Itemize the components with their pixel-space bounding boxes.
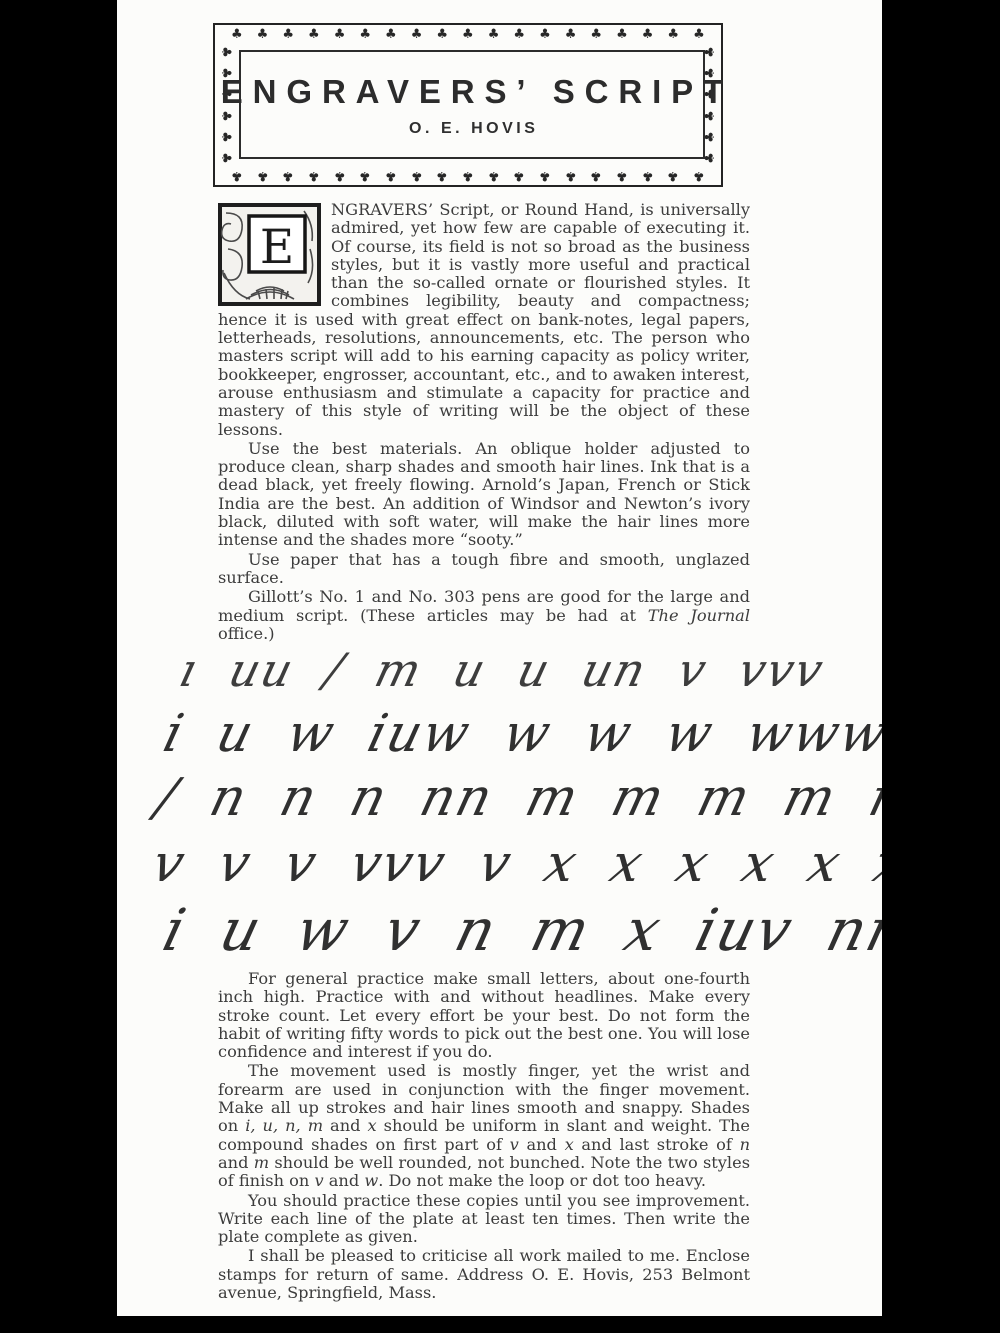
trefoil-icon: ♣ xyxy=(513,28,525,42)
trefoil-icon: ♣ xyxy=(218,150,232,166)
paragraph-repetition: You should practice these copies until y… xyxy=(218,1192,750,1247)
trefoil-icon: ♣ xyxy=(359,168,371,182)
article-lower: For general practice make small letters,… xyxy=(218,970,750,1302)
paragraph-general-practice: For general practice make small letters,… xyxy=(218,970,750,1061)
paragraph-address: I shall be pleased to criticise all work… xyxy=(218,1247,750,1302)
paragraph-paper: Use paper that has a tough fibre and smo… xyxy=(218,551,750,588)
trefoil-icon: ♣ xyxy=(231,168,243,182)
drop-cap-letter: E xyxy=(260,220,294,275)
trefoil-icon: ♣ xyxy=(231,28,243,42)
trefoil-icon: ♣ xyxy=(704,129,718,145)
trefoil-icon: ♣ xyxy=(693,28,705,42)
trefoil-icon: ♣ xyxy=(411,28,423,42)
paragraph-movement: The movement used is mostly finger, yet … xyxy=(218,1062,750,1190)
trefoil-icon: ♣ xyxy=(565,28,577,42)
practice-plate: ı uu ∕ m u u un v vvv i u w iuw w w w ww… xyxy=(135,638,875,968)
paragraph-pens: Gillott’s No. 1 and No. 303 pens are goo… xyxy=(218,588,750,643)
trefoil-icon: ♣ xyxy=(488,168,500,182)
trefoil-icon: ♣ xyxy=(693,168,705,182)
trefoil-icon: ♣ xyxy=(704,44,718,60)
trefoil-icon: ♣ xyxy=(282,168,294,182)
trefoil-icon: ♣ xyxy=(590,28,602,42)
practice-line-2: i u w iuw w w w www xyxy=(157,702,882,766)
trefoil-icon: ♣ xyxy=(513,168,525,182)
paragraph-materials: Use the best materials. An oblique holde… xyxy=(218,440,750,550)
scanned-page-viewer: { "window": { "background": "#000000", "… xyxy=(0,0,1000,1333)
trefoil-icon: ♣ xyxy=(436,168,448,182)
trefoil-icon: ♣ xyxy=(411,168,423,182)
trefoil-icon: ♣ xyxy=(642,168,654,182)
trefoil-icon: ♣ xyxy=(385,28,397,42)
trefoil-icon: ♣ xyxy=(667,168,679,182)
practice-line-5: i u w v n m x iuv nmx xyxy=(157,898,882,962)
paragraph-intro: E NGRAVERS’ Script, or Round Hand, is un… xyxy=(218,201,750,439)
ornament-border-bottom: ♣♣♣♣♣♣♣♣♣♣♣♣♣♣♣♣♣♣♣ xyxy=(231,168,705,182)
trefoil-icon: ♣ xyxy=(667,28,679,42)
trefoil-icon: ♣ xyxy=(218,129,232,145)
article-upper: E NGRAVERS’ Script, or Round Hand, is un… xyxy=(218,201,750,643)
trefoil-icon: ♣ xyxy=(334,28,346,42)
trefoil-icon: ♣ xyxy=(616,168,628,182)
trefoil-icon: ♣ xyxy=(642,28,654,42)
trefoil-icon: ♣ xyxy=(257,168,269,182)
author-name: O. E. HOVIS xyxy=(406,120,539,138)
page-title: ENGRAVERS’ SCRIPT xyxy=(211,73,733,111)
practice-line-3: ∕ n n n nn m m m m nn xyxy=(149,766,882,832)
trefoil-icon: ♣ xyxy=(565,168,577,182)
trefoil-icon: ♣ xyxy=(616,28,628,42)
trefoil-icon: ♣ xyxy=(462,168,474,182)
trefoil-icon: ♣ xyxy=(488,28,500,42)
masthead-frame: ENGRAVERS’ SCRIPT O. E. HOVIS xyxy=(239,50,705,159)
trefoil-icon: ♣ xyxy=(308,28,320,42)
trefoil-icon: ♣ xyxy=(282,28,294,42)
trefoil-icon: ♣ xyxy=(462,28,474,42)
trefoil-icon: ♣ xyxy=(590,168,602,182)
trefoil-icon: ♣ xyxy=(539,28,551,42)
ornament-border-top: ♣♣♣♣♣♣♣♣♣♣♣♣♣♣♣♣♣♣♣ xyxy=(231,28,705,42)
page: ♣♣♣♣♣♣♣♣♣♣♣♣♣♣♣♣♣♣♣ ♣♣♣♣♣♣♣♣♣♣♣♣♣♣♣♣♣♣♣ … xyxy=(117,0,882,1316)
trefoil-icon: ♣ xyxy=(359,28,371,42)
practice-line-1: ı uu ∕ m u u un v vvv xyxy=(173,638,882,702)
trefoil-icon: ♣ xyxy=(218,44,232,60)
drop-cap: E xyxy=(218,203,321,306)
practice-line-4: v v v vvv v x x x x x x x xyxy=(145,832,882,898)
trefoil-icon: ♣ xyxy=(436,28,448,42)
masthead: ♣♣♣♣♣♣♣♣♣♣♣♣♣♣♣♣♣♣♣ ♣♣♣♣♣♣♣♣♣♣♣♣♣♣♣♣♣♣♣ … xyxy=(213,23,723,187)
trefoil-icon: ♣ xyxy=(257,28,269,42)
trefoil-icon: ♣ xyxy=(334,168,346,182)
trefoil-icon: ♣ xyxy=(539,168,551,182)
trefoil-icon: ♣ xyxy=(704,150,718,166)
trefoil-icon: ♣ xyxy=(308,168,320,182)
trefoil-icon: ♣ xyxy=(385,168,397,182)
